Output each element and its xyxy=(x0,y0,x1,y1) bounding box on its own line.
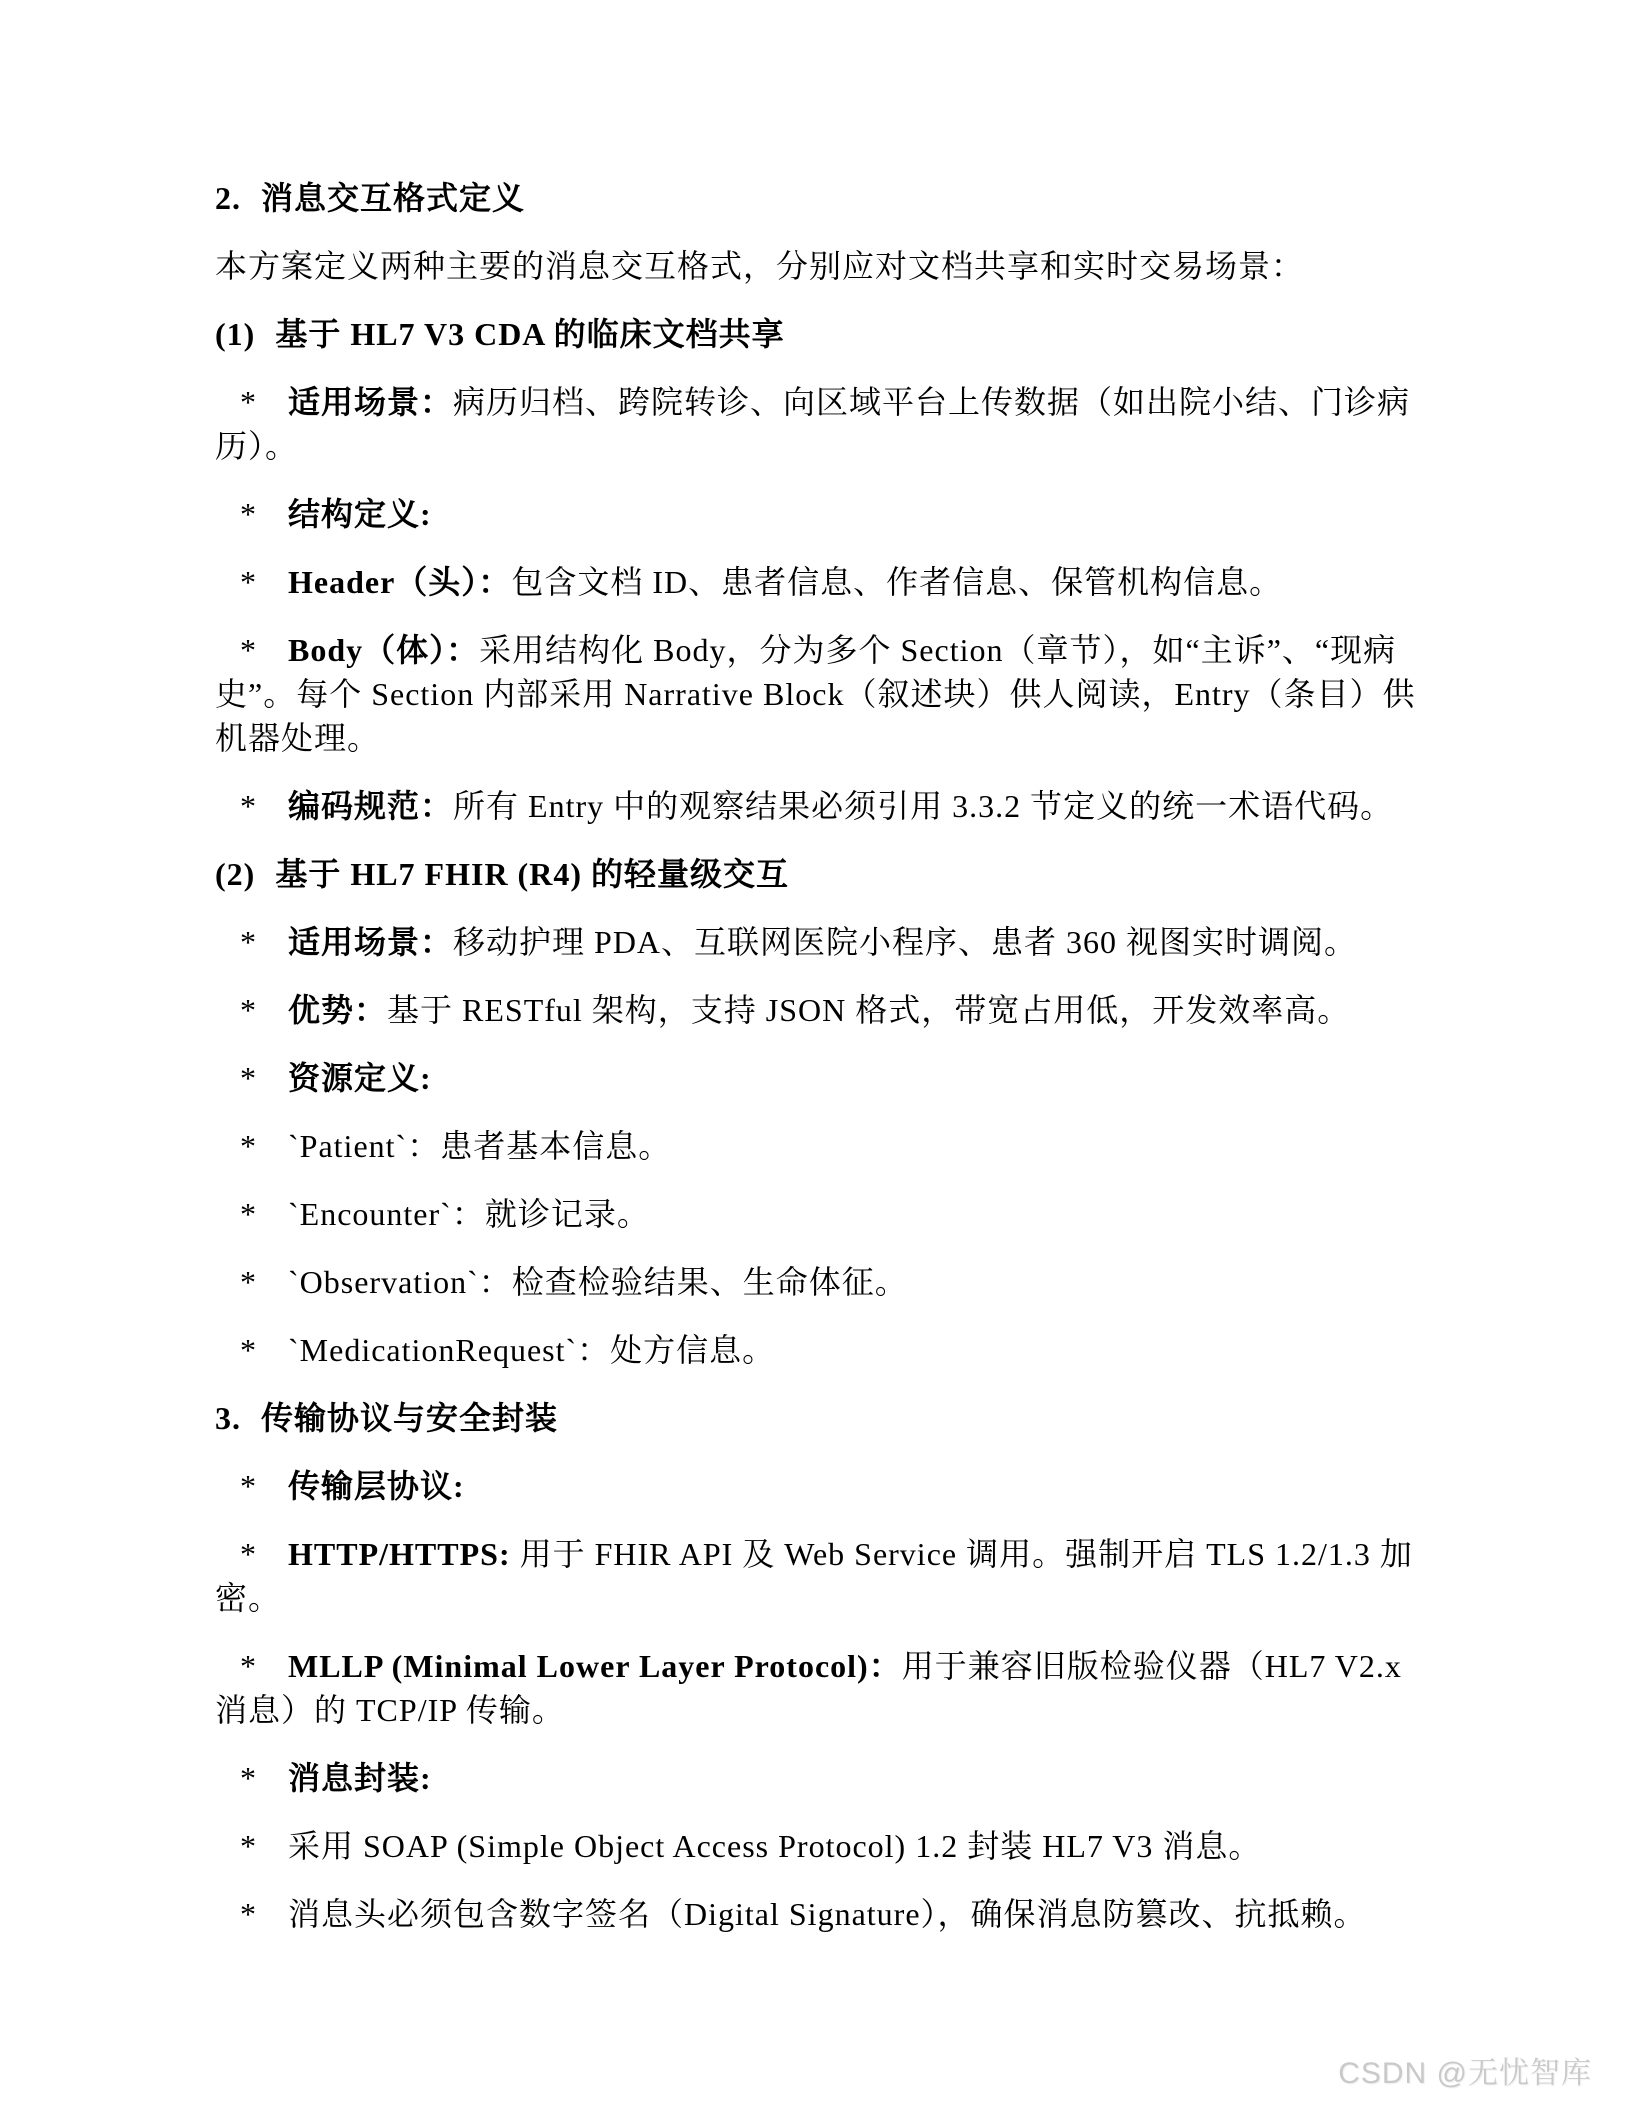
section-heading: (1)基于 HL7 V3 CDA 的临床文档共享 xyxy=(215,312,1443,356)
bullet-item: *Body（体）：采用结构化 Body，分为多个 Section（章节），如“主… xyxy=(215,628,1443,760)
bullet-label: Body（体）： xyxy=(288,632,479,668)
section-heading: 2.消息交互格式定义 xyxy=(215,176,1443,220)
bullet-label: 结构定义: xyxy=(288,496,432,532)
list-marker: * xyxy=(240,1264,288,1300)
bullet-label: 消息封装: xyxy=(288,1760,432,1796)
bullet-item: *HTTP/HTTPS: 用于 FHIR API 及 Web Service 调… xyxy=(215,1532,1443,1620)
bullet-text: 消息头必须包含数字签名（Digital Signature），确保消息防篡改、抗… xyxy=(288,1896,1367,1932)
bullet-text: `Patient`：患者基本信息。 xyxy=(288,1128,671,1164)
bullet-item: *`Encounter`：就诊记录。 xyxy=(215,1192,1443,1236)
bullet-item: *资源定义: xyxy=(215,1056,1443,1100)
list-marker: * xyxy=(240,1468,288,1504)
bullet-item: *消息头必须包含数字签名（Digital Signature），确保消息防篡改、… xyxy=(215,1892,1443,1936)
section-heading: 3.传输协议与安全封装 xyxy=(215,1396,1443,1440)
list-marker: * xyxy=(240,924,288,960)
document-page: 2.消息交互格式定义本方案定义两种主要的消息交互格式，分别应对文档共享和实时交易… xyxy=(0,0,1632,2112)
bullet-text: 移动护理 PDA、互联网医院小程序、患者 360 视图实时调阅。 xyxy=(453,924,1357,960)
bullet-item: *MLLP (Minimal Lower Layer Protocol)：用于兼… xyxy=(215,1644,1443,1732)
heading-text: 传输协议与安全封装 xyxy=(261,1400,558,1436)
bullet-label: 编码规范： xyxy=(288,788,453,824)
bullet-text: `MedicationRequest`：处方信息。 xyxy=(288,1332,775,1368)
document-content: 2.消息交互格式定义本方案定义两种主要的消息交互格式，分别应对文档共享和实时交易… xyxy=(215,176,1443,1960)
bullet-text: `Observation`：检查检验结果、生命体征。 xyxy=(288,1264,908,1300)
watermark: CSDN @无忧智库 xyxy=(1338,2048,1592,2092)
bullet-item: *`Observation`：检查检验结果、生命体征。 xyxy=(215,1260,1443,1304)
list-marker: * xyxy=(240,1828,288,1864)
bullet-item: *`Patient`：患者基本信息。 xyxy=(215,1124,1443,1168)
heading-number: 3. xyxy=(215,1400,261,1436)
list-marker: * xyxy=(240,1060,288,1096)
bullet-text: `Encounter`：就诊记录。 xyxy=(288,1196,650,1232)
list-marker: * xyxy=(240,1536,288,1572)
bullet-item: *编码规范：所有 Entry 中的观察结果必须引用 3.3.2 节定义的统一术语… xyxy=(215,784,1443,828)
bullet-label: 适用场景： xyxy=(288,384,453,420)
bullet-item: *采用 SOAP (Simple Object Access Protocol)… xyxy=(215,1824,1443,1868)
list-marker: * xyxy=(240,1332,288,1368)
bullet-label: MLLP (Minimal Lower Layer Protocol)： xyxy=(288,1648,902,1684)
bullet-text: 包含文档 ID、患者信息、作者信息、保管机构信息。 xyxy=(511,564,1282,600)
bullet-item: *`MedicationRequest`：处方信息。 xyxy=(215,1328,1443,1372)
list-marker: * xyxy=(240,1760,288,1796)
bullet-item: *传输层协议: xyxy=(215,1464,1443,1508)
heading-number: (1) xyxy=(215,316,275,352)
bullet-label: 适用场景： xyxy=(288,924,453,960)
heading-number: (2) xyxy=(215,856,275,892)
bullet-item: *Header（头）：包含文档 ID、患者信息、作者信息、保管机构信息。 xyxy=(215,560,1443,604)
list-marker: * xyxy=(240,496,288,532)
bullet-text: 基于 RESTful 架构，支持 JSON 格式，带宽占用低，开发效率高。 xyxy=(387,992,1350,1028)
list-marker: * xyxy=(240,1896,288,1932)
bullet-label: 优势： xyxy=(288,992,387,1028)
heading-text: 消息交互格式定义 xyxy=(261,180,525,216)
list-marker: * xyxy=(240,1196,288,1232)
list-marker: * xyxy=(240,1648,288,1684)
bullet-item: *消息封装: xyxy=(215,1756,1443,1800)
bullet-text: 所有 Entry 中的观察结果必须引用 3.3.2 节定义的统一术语代码。 xyxy=(453,788,1393,824)
list-marker: * xyxy=(240,632,288,668)
bullet-item: *适用场景：病历归档、跨院转诊、向区域平台上传数据（如出院小结、门诊病历）。 xyxy=(215,380,1443,468)
paragraph: 本方案定义两种主要的消息交互格式，分别应对文档共享和实时交易场景： xyxy=(215,244,1443,288)
bullet-text: 采用 SOAP (Simple Object Access Protocol) … xyxy=(288,1828,1261,1864)
heading-number: 2. xyxy=(215,180,261,216)
bullet-label: HTTP/HTTPS: xyxy=(288,1536,511,1572)
paragraph-text: 本方案定义两种主要的消息交互格式，分别应对文档共享和实时交易场景： xyxy=(215,248,1304,284)
list-marker: * xyxy=(240,1128,288,1164)
heading-text: 基于 HL7 V3 CDA 的临床文档共享 xyxy=(275,316,784,352)
list-marker: * xyxy=(240,384,288,420)
bullet-label: 资源定义: xyxy=(288,1060,432,1096)
bullet-item: *优势：基于 RESTful 架构，支持 JSON 格式，带宽占用低，开发效率高… xyxy=(215,988,1443,1032)
bullet-label: Header（头）： xyxy=(288,564,511,600)
list-marker: * xyxy=(240,788,288,824)
list-marker: * xyxy=(240,564,288,600)
heading-text: 基于 HL7 FHIR (R4) 的轻量级交互 xyxy=(275,856,789,892)
section-heading: (2)基于 HL7 FHIR (R4) 的轻量级交互 xyxy=(215,852,1443,896)
bullet-item: *结构定义: xyxy=(215,492,1443,536)
bullet-label: 传输层协议: xyxy=(288,1468,465,1504)
list-marker: * xyxy=(240,992,288,1028)
bullet-item: *适用场景：移动护理 PDA、互联网医院小程序、患者 360 视图实时调阅。 xyxy=(215,920,1443,964)
